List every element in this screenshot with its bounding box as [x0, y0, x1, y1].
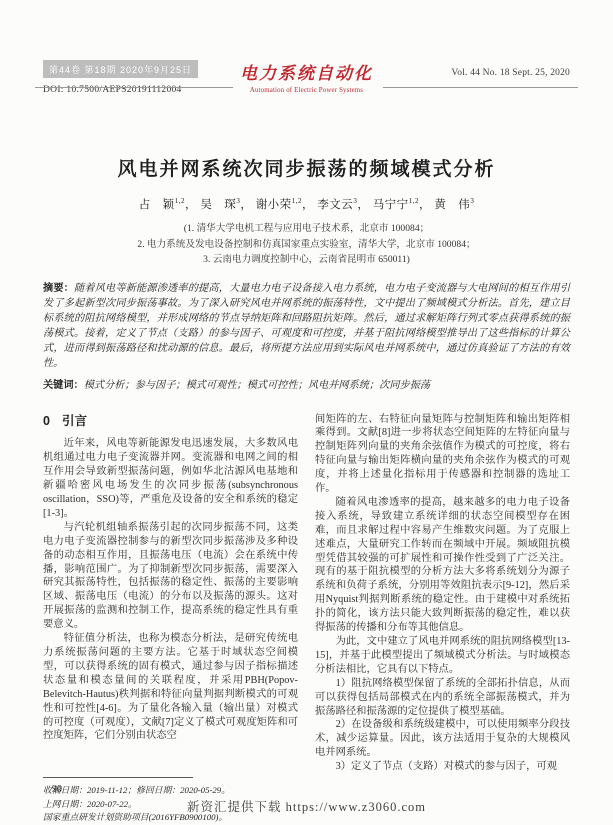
body-paragraph: 2）在设备级和系统级建模中，可以使用频率分段技术，减少运算量。因此，该方法适用于…: [315, 718, 570, 760]
footnote-line: 收稿日期：2019-11-12；修回日期：2020-05-29。: [43, 784, 298, 798]
footnote-rule: [43, 777, 193, 778]
body-paragraph: 间矩阵的左、右特征向量矩阵与控制矩阵和输出矩阵相乘得到。文献[8]进一步将状态空…: [315, 413, 570, 496]
author: 李文云3: [317, 199, 369, 211]
body-paragraph: 随着风电渗透率的提高，越来越多的电力电子设备接入系统，导致建立系统详细的状态空间…: [315, 496, 570, 635]
author: 谢小荣1,2: [256, 199, 314, 211]
paper-title: 风电并网系统次同步振荡的频域模式分析: [43, 154, 570, 181]
section-number: 0: [43, 414, 50, 428]
keywords-text: 模式分析；参与因子；模式可观性；模式可控性；风电并网系统；次同步振荡: [84, 380, 430, 391]
abstract: 摘要：随着风电等新能源渗透率的提高，大量电力电子设备接入电力系统，电力电子变流器…: [43, 281, 570, 371]
abstract-text: 随着风电等新能源渗透率的提高，大量电力电子设备接入电力系统，电力电子变流器与大电…: [43, 283, 570, 369]
journal-logo: 电力系统自动化 Automation of Electric Power Sys…: [222, 59, 392, 94]
issue-info-en: Vol. 44 No. 18 Sept. 25, 2020: [451, 68, 570, 78]
affiliation-line: (1. 清华大学电机工程与应用电子技术系，北京市 100084；: [43, 221, 570, 237]
right-column: 间矩阵的左、右特征向量矩阵与控制矩阵和输出矩阵相乘得到。文献[8]进一步将状态空…: [315, 413, 570, 825]
author: 吴 琛3: [200, 199, 252, 211]
page-number: 90: [52, 784, 62, 795]
journal-header: 第44卷 第18期 2020年9月25日 DOI: 10.7500/AEPS20…: [43, 60, 570, 108]
header-rule-right: [383, 87, 578, 88]
body-paragraph: 与汽轮机组轴系振荡引起的次同步振荡不同，这类电力电子变流器控制参与的新型次同步振…: [43, 521, 298, 632]
body-paragraph: 为此，文中建立了风电并网系统的阻抗网络模型[13-15]，并基于此模型提出了频域…: [315, 635, 570, 677]
author: 黄 伟3: [434, 199, 474, 211]
body-columns: 0引言 近年来，风电等新能源发电迅速发展，大多数风电机组通过电力电子变流器并网。…: [43, 413, 570, 825]
affiliation-line: 3. 云南电力调度控制中心，云南省昆明市 650011): [43, 252, 570, 268]
body-paragraph: 近年来，风电等新能源发电迅速发展，大多数风电机组通过电力电子变流器并网。变流器和…: [43, 437, 298, 520]
authors-line: 占 颖1,2 吴 琛3 谢小荣1,2 李文云3 马宁宁1,2 黄 伟3: [43, 196, 570, 212]
issue-badge: 第44卷 第18期 2020年9月25日: [43, 60, 198, 78]
section-heading-intro: 0引言: [43, 415, 298, 429]
author: 占 颖1,2: [139, 199, 197, 211]
body-paragraph: 3）定义了节点（支路）对模式的参与因子，可观: [315, 760, 570, 774]
affiliations: (1. 清华大学电机工程与应用电子技术系，北京市 100084； 2. 电力系统…: [43, 221, 570, 268]
header-rule-left: [35, 87, 233, 88]
affiliation-line: 2. 电力系统及发电设备控制和仿真国家重点实验室，清华大学，北京市 100084…: [43, 237, 570, 253]
journal-name-en: Automation of Electric Power Systems: [222, 87, 392, 94]
left-column: 0引言 近年来，风电等新能源发电迅速发展，大多数风电机组通过电力电子变流器并网。…: [43, 413, 298, 825]
keywords: 关键词：模式分析；参与因子；模式可观性；模式可控性；风电并网系统；次同步振荡: [43, 378, 570, 393]
body-paragraph: 特征值分析法，也称为模态分析法，是研究传统电力系统振荡问题的主要方法。它基于时域…: [43, 632, 298, 743]
author: 马宁宁1,2: [373, 199, 431, 211]
journal-name-cn: 电力系统自动化: [222, 59, 392, 84]
section-title: 引言: [62, 414, 87, 428]
watermark-text: 新资汇提供下载 https://www.z3060.com: [0, 797, 613, 815]
keywords-label: 关键词：: [43, 380, 84, 391]
body-paragraph: 1）阻抗网络模型保留了系统的全部拓扑信息，从而可以获得包括局部模式在内的系统全部…: [315, 677, 570, 719]
abstract-label: 摘要：: [43, 283, 74, 294]
paper-page: 第44卷 第18期 2020年9月25日 DOI: 10.7500/AEPS20…: [0, 0, 613, 825]
